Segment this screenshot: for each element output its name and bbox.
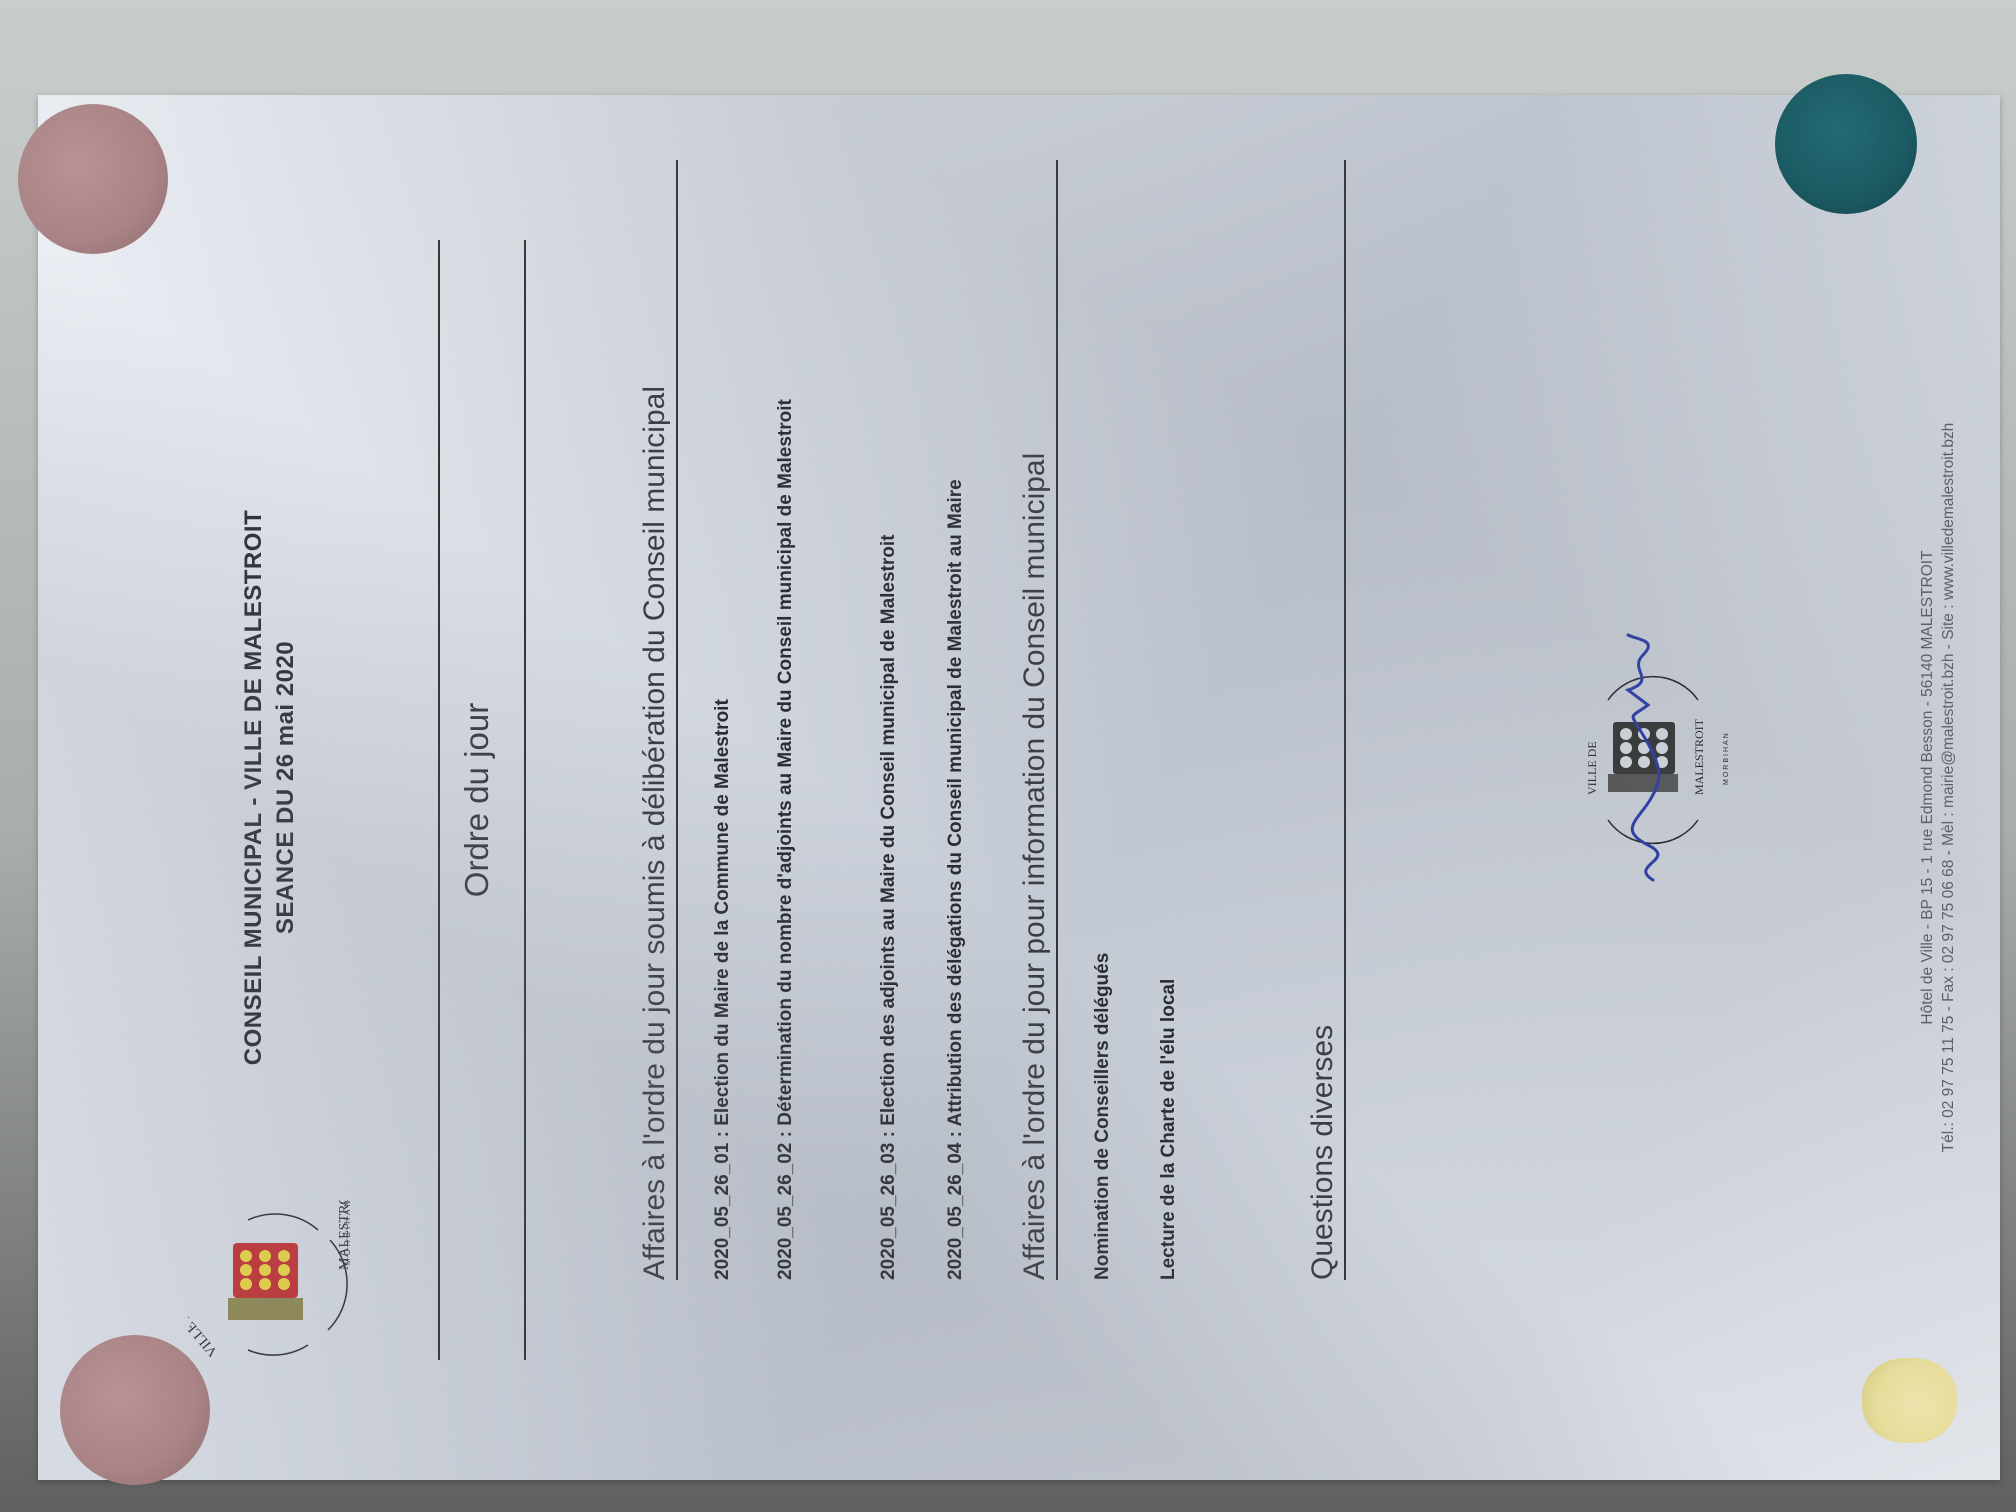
magnet-bottom-right [1862,1358,1957,1443]
magnet-top-right [1775,74,1917,214]
questions-diverses-heading: Questions diverses [1306,160,1346,1280]
agenda-item: 2020_05_26_04 : Attribution des délégati… [943,165,969,1280]
agenda-title-box: Ordre du jour [438,240,526,1360]
section-heading-information: Affaires à l'ordre du jour pour informat… [1018,160,1058,1280]
document-footer: Hôtel de Ville - BP 15 - 1 rue Edmond Be… [1918,95,1960,1480]
magnet-bottom-left [60,1335,210,1485]
logo-subtext: MORBIHAN [343,1198,352,1265]
agenda-item: 2020_05_26_03 : Election des adjoints au… [876,165,902,1280]
svg-text:VILLE DE: VILLE DE [188,1301,221,1359]
svg-text:VILLE DE: VILLE DE [1585,741,1599,795]
document-header: CONSEIL MUNICIPAL - VILLE DE MALESTROIT … [238,95,303,1480]
footer-contact: Tél.: 02 97 75 11 75 - Fax : 02 97 75 06… [1939,95,1960,1480]
header-line-2: SEANCE DU 26 mai 2020 [270,95,302,1480]
agenda-item: 2020_05_26_02 : Détermination du nombre … [773,165,799,1280]
official-stamp-signature: VILLE DE MALESTROIT MORBIHAN [1568,630,1738,890]
agenda-item: Nomination de Conseillers délégués [1090,165,1116,1280]
magnet-top-left [18,104,168,254]
svg-text:MALESTROIT: MALESTROIT [1692,718,1706,795]
footer-address: Hôtel de Ville - BP 15 - 1 rue Edmond Be… [1918,95,1939,1480]
section-heading-deliberation: Affaires à l'ordre du jour soumis à déli… [638,160,678,1280]
agenda-item: Lecture de la Charte de l'élu local [1156,165,1182,1280]
agenda-item: 2020_05_26_01 : Election du Maire de la … [710,165,736,1280]
rotated-document: VILLE DE MALESTROIT MORBIHAN CONSEIL MUN… [38,95,2000,1480]
agenda-title: Ordre du jour [458,240,496,1360]
header-line-1: CONSEIL MUNICIPAL - VILLE DE MALESTROIT [238,95,270,1480]
svg-text:MORBIHAN: MORBIHAN [1723,731,1730,785]
